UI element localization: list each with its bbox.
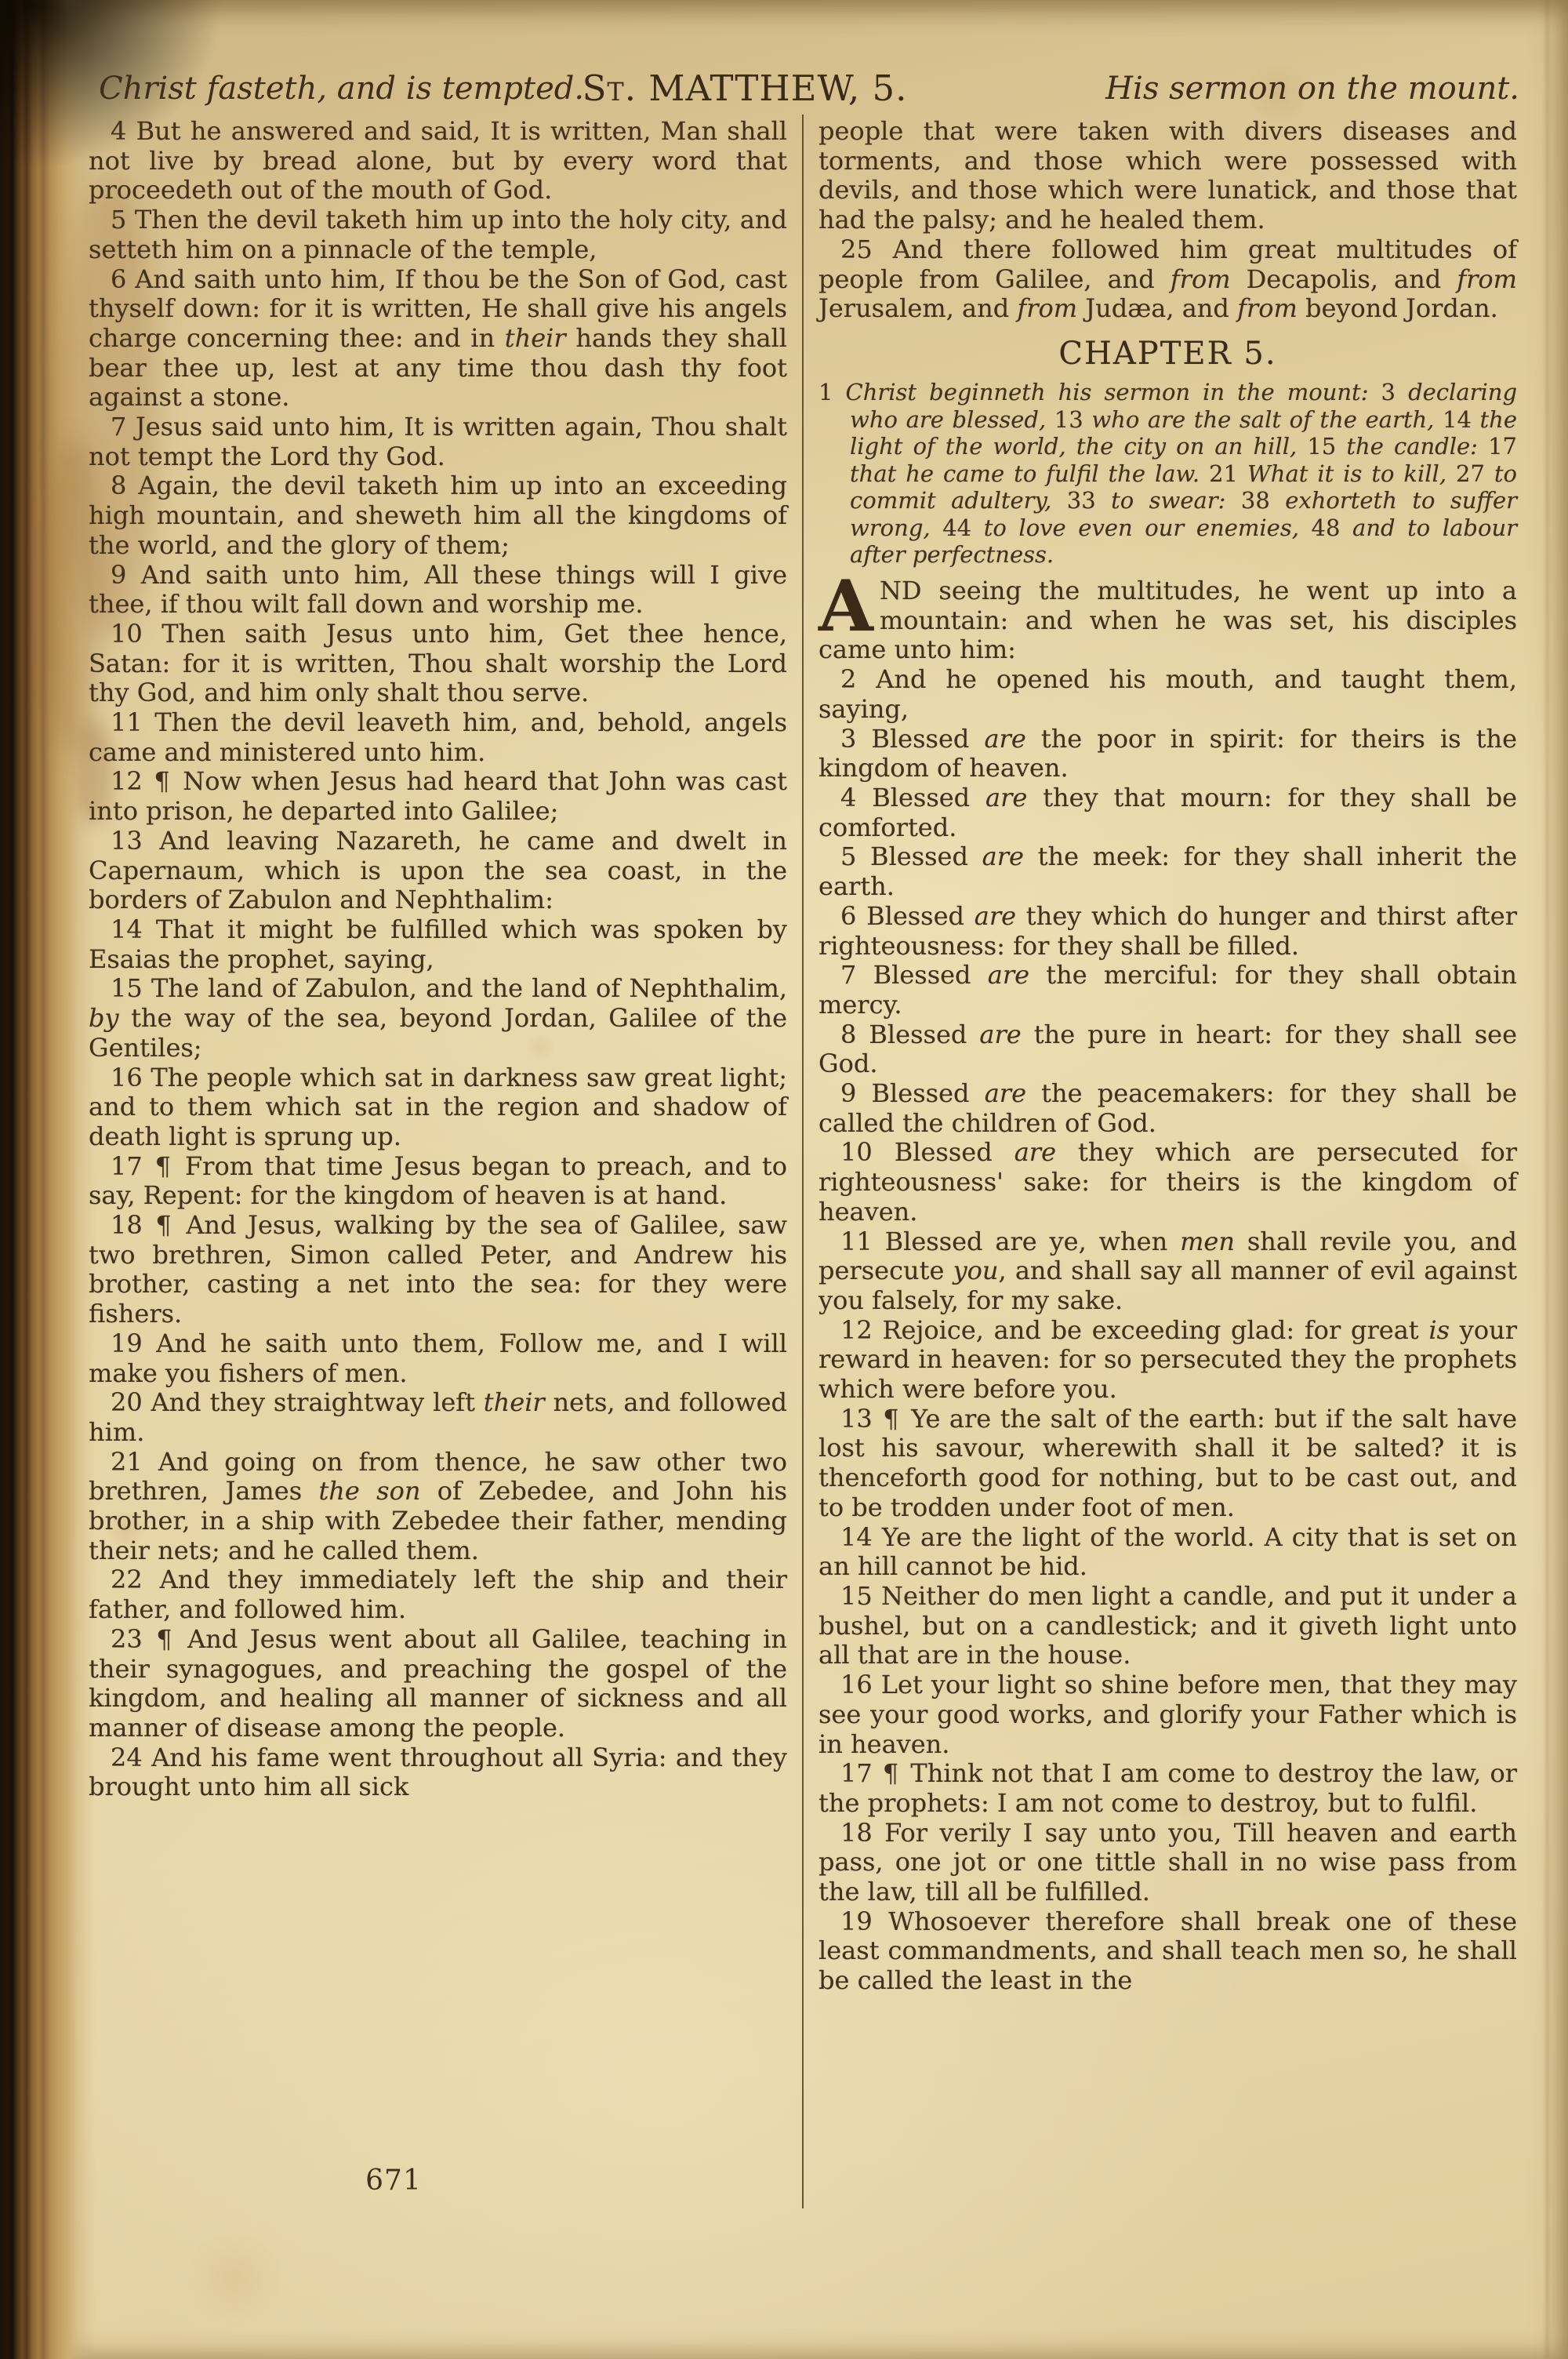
verse-22: 22 And they immediately left the ship an…	[89, 1565, 787, 1624]
verse-number: 21	[111, 1447, 143, 1477]
page-edge-crease	[1546, 0, 1548, 2359]
verse-11: 11 Then the devil leaveth him, and, beho…	[89, 708, 787, 767]
verse-number: 11	[840, 1227, 873, 1256]
verse-number: 14	[111, 914, 143, 944]
verse-number: 11	[111, 707, 143, 737]
verse-number: 12	[840, 1315, 873, 1345]
verse-number: 9	[840, 1078, 856, 1108]
verse-continuation: people that were taken with divers disea…	[818, 117, 1517, 235]
verse-9: 9 Blessed are the peacemakers: for they …	[818, 1079, 1517, 1138]
verse-8: 8 Again, the devil taketh him up into an…	[89, 471, 787, 560]
verse-16: 16 Let your light so shine before men, t…	[818, 1670, 1517, 1759]
verse-number: 19	[111, 1329, 143, 1358]
verse-3: 3 Blessed are the poor in spirit: for th…	[818, 725, 1517, 783]
verse-6: 6 And saith unto him, If thou be the Son…	[89, 265, 787, 413]
verse-19: 19 Whosoever therefore shall break one o…	[818, 1907, 1517, 1996]
verse-number: 4	[840, 783, 856, 812]
verse-number: 6	[840, 901, 856, 931]
verse-number: 2	[840, 664, 856, 694]
running-head-right: His sermon on the mount.	[1105, 71, 1519, 107]
verse-number: 8	[111, 471, 126, 500]
verse-17: 17 ¶ Think not that I am come to destroy…	[818, 1759, 1517, 1818]
verse-12: 12 Rejoice, and be exceeding glad: for g…	[818, 1316, 1517, 1405]
book-page-title: St. MATTHEW, 5.	[557, 67, 933, 109]
verse-19: 19 And he saith unto them, Follow me, an…	[89, 1329, 787, 1388]
verse-4: 4 But he answered and said, It is writte…	[89, 117, 787, 205]
verse-14: 14 That it might be fulfilled which was …	[89, 915, 787, 974]
verse-number: 20	[111, 1387, 143, 1417]
verse-number: 25	[840, 234, 873, 264]
pilcrow-mark: ¶	[881, 1758, 902, 1788]
verse-20: 20 And they straightway left their nets,…	[89, 1388, 787, 1447]
verse-15: 15 The land of Zabulon, and the land of …	[89, 974, 787, 1063]
verse-number: 9	[111, 560, 126, 590]
chapter-summary: 1 Christ beginneth his sermon in the mou…	[818, 379, 1517, 569]
verse-number: 16	[840, 1670, 873, 1699]
verse-6: 6 Blessed are they which do hunger and t…	[818, 902, 1517, 961]
left-column: 4 But he answered and said, It is writte…	[89, 117, 787, 1802]
verse-number: 5	[840, 841, 856, 871]
running-head-left: Christ fasteth, and is tempted.	[99, 71, 584, 107]
right-column: people that were taken with divers disea…	[818, 117, 1517, 1996]
book-gutter-page-edges	[0, 0, 96, 2359]
verse-21: 21 And going on from thence, he saw othe…	[89, 1448, 787, 1566]
verse-number: 3	[840, 724, 856, 754]
verse-number: 18	[111, 1210, 143, 1240]
verse-14: 14 Ye are the light of the world. A city…	[818, 1523, 1517, 1582]
page-number: 671	[88, 2165, 699, 2197]
pilcrow-mark: ¶	[154, 1151, 174, 1181]
verse-13: 13 And leaving Nazareth, he came and dwe…	[89, 827, 787, 915]
verse-5: 5 Then the devil taketh him up into the …	[89, 205, 787, 264]
chapter-heading: CHAPTER 5.	[818, 336, 1517, 371]
verse-7: 7 Jesus said unto him, It is written aga…	[89, 413, 787, 471]
verse-1-dropcap: AND seeing the multitudes, he went up in…	[818, 576, 1517, 665]
verse-18: 18 ¶ And Jesus, walking by the sea of Ga…	[89, 1211, 787, 1329]
verse-number: 16	[111, 1063, 143, 1092]
drop-cap: A	[818, 576, 880, 634]
verse-number: 19	[840, 1906, 873, 1936]
verse-8: 8 Blessed are the pure in heart: for the…	[818, 1020, 1517, 1079]
verse-24: 24 And his fame went throughout all Syri…	[89, 1743, 787, 1802]
verse-number: 14	[840, 1522, 873, 1552]
verse-25: 25 And there followed him great multitud…	[818, 235, 1517, 324]
verse-16: 16 The people which sat in darkness saw …	[89, 1063, 787, 1152]
verse-number: 23	[111, 1624, 143, 1654]
bible-page: Christ fasteth, and is tempted. St. MATT…	[0, 0, 1568, 2359]
verse-number: 22	[111, 1565, 143, 1594]
running-head: Christ fasteth, and is tempted. St. MATT…	[88, 67, 1521, 116]
verse-7: 7 Blessed are the merciful: for they sha…	[818, 961, 1517, 1020]
verse-10: 10 Blessed are they which are persecuted…	[818, 1138, 1517, 1227]
verse-number: 18	[840, 1818, 873, 1848]
pilcrow-mark: ¶	[154, 1624, 175, 1654]
verse-number: 12	[111, 766, 143, 796]
verse-number: 7	[111, 412, 126, 442]
pilcrow-mark: ¶	[152, 766, 172, 796]
verse-number: 17	[111, 1151, 143, 1181]
verse-number: 6	[111, 264, 126, 294]
verse-number: 15	[111, 973, 143, 1003]
column-divider-rule	[802, 114, 804, 2208]
verse-number: 5	[111, 205, 126, 234]
pilcrow-mark: ¶	[154, 1210, 174, 1240]
verse-number: 8	[840, 1020, 856, 1049]
verse-number: 15	[840, 1581, 873, 1611]
verse-18: 18 For verily I say unto you, Till heave…	[818, 1819, 1517, 1907]
verse-15: 15 Neither do men light a candle, and pu…	[818, 1582, 1517, 1670]
verse-number: 13	[840, 1404, 873, 1434]
verse-9: 9 And saith unto him, All these things w…	[89, 561, 787, 620]
verse-23: 23 ¶ And Jesus went about all Galilee, t…	[89, 1625, 787, 1743]
verse-number: 13	[111, 826, 143, 856]
verse-number: 4	[111, 116, 126, 146]
verse-number: 7	[840, 960, 856, 990]
verse-number: 10	[840, 1137, 873, 1167]
verse-12: 12 ¶ Now when Jesus had heard that John …	[89, 767, 787, 826]
verse-number: 17	[840, 1758, 873, 1788]
verse-11: 11 Blessed are ye, when men shall revile…	[818, 1227, 1517, 1316]
verse-13: 13 ¶ Ye are the salt of the earth: but i…	[818, 1405, 1517, 1523]
verse-number: 24	[111, 1743, 143, 1772]
pilcrow-mark: ¶	[881, 1404, 902, 1434]
verse-5: 5 Blessed are the meek: for they shall i…	[818, 842, 1517, 901]
verse-2: 2 And he opened his mouth, and taught th…	[818, 665, 1517, 724]
verse-17: 17 ¶ From that time Jesus began to preac…	[89, 1152, 787, 1211]
verse-4: 4 Blessed are they that mourn: for they …	[818, 783, 1517, 842]
verse-10: 10 Then saith Jesus unto him, Get thee h…	[89, 620, 787, 708]
verse-number: 10	[111, 619, 143, 649]
